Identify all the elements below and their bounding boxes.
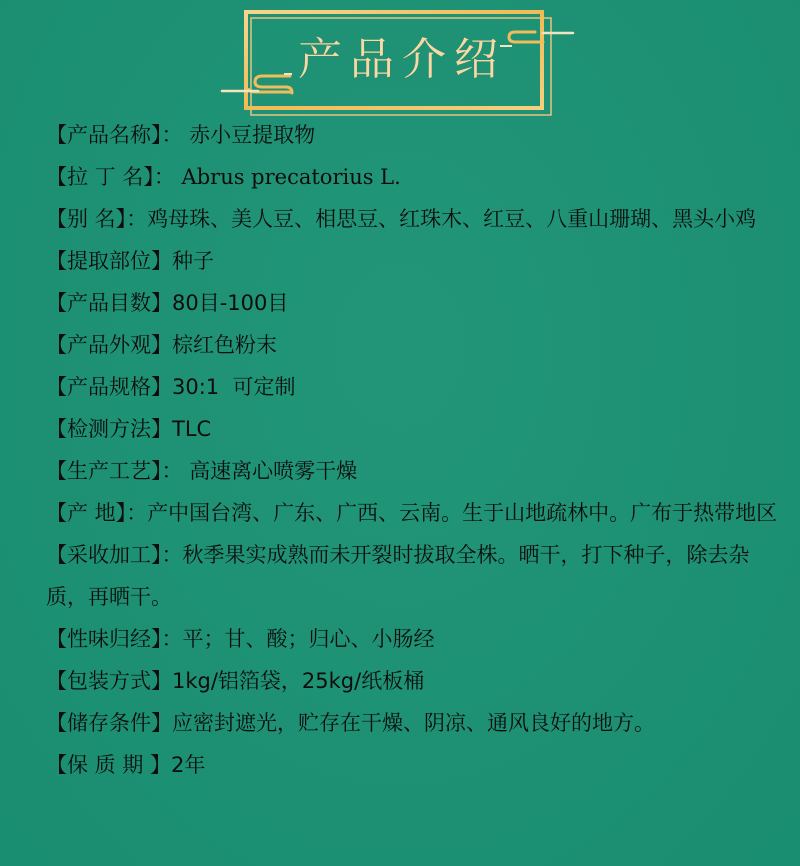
info-row-packaging: 【包装方式】1kg/铝箔袋，25kg/纸板桶 (46, 660, 786, 702)
info-separator: ： (162, 543, 183, 567)
info-label: 【拉 丁 名】 (46, 165, 154, 189)
info-value: 产中国台湾、广东、广西、云南。生于山地疏林中。广布于热带地区 (147, 501, 777, 525)
info-label: 【产品名称】 (46, 123, 162, 147)
info-label: 【包装方式】 (46, 669, 172, 693)
info-row-storage: 【储存条件】应密封遮光，贮存在干燥、阴凉、通风良好的地方。 (46, 702, 786, 744)
info-value: 鸡母珠、美人豆、相思豆、红珠木、红豆、八重山珊瑚、黑头小鸡 (147, 207, 756, 231)
info-row-mesh: 【产品目数】80目-100目 (46, 282, 786, 324)
info-row-appearance: 【产品外观】棕红色粉末 (46, 324, 786, 366)
product-info-list: 【产品名称】： 赤小豆提取物 【拉 丁 名】： Abrus precatoriu… (46, 114, 786, 786)
info-row-product-name: 【产品名称】： 赤小豆提取物 (46, 114, 786, 156)
info-row-alias: 【别 名】：鸡母珠、美人豆、相思豆、红珠木、红豆、八重山珊瑚、黑头小鸡 (46, 198, 786, 240)
info-row-test-method: 【检测方法】TLC (46, 408, 786, 450)
info-label: 【别 名】 (46, 207, 126, 231)
info-label: 【产品目数】 (46, 291, 172, 315)
info-value: 80目-100目 (172, 291, 288, 315)
info-row-harvest: 【采收加工】：秋季果实成熟而未开裂时拔取全株。晒干，打下种子，除去杂质，再晒干。 (46, 534, 786, 618)
info-label: 【提取部位】 (46, 249, 172, 273)
info-value: 应密封遮光，贮存在干燥、阴凉、通风良好的地方。 (172, 711, 655, 735)
info-value: 平；甘、酸；归心、小肠经 (183, 627, 435, 651)
info-value: 高速离心喷雾干燥 (189, 459, 357, 483)
info-separator: ： (162, 459, 183, 483)
info-row-shelf-life: 【保 质 期 】2年 (46, 744, 786, 786)
info-label: 【采收加工】 (46, 543, 162, 567)
title-banner: 产品介绍 (0, 0, 800, 122)
info-separator: ： (126, 501, 147, 525)
info-label: 【保 质 期 】 (46, 753, 171, 777)
info-value: TLC (172, 417, 211, 441)
info-separator: ： (162, 627, 183, 651)
info-row-specification: 【产品规格】30:1 可定制 (46, 366, 786, 408)
info-separator: ： (162, 123, 183, 147)
info-row-origin: 【产 地】：产中国台湾、广东、广西、云南。生于山地疏林中。广布于热带地区 (46, 492, 786, 534)
info-label: 【检测方法】 (46, 417, 172, 441)
info-row-extraction-part: 【提取部位】种子 (46, 240, 786, 282)
info-row-latin-name: 【拉 丁 名】： Abrus precatorius L. (46, 156, 786, 198)
info-value: 2年 (171, 753, 205, 777)
info-value: 种子 (172, 249, 214, 273)
info-label: 【产品规格】 (46, 375, 172, 399)
info-separator: ： (154, 165, 175, 189)
info-value: 30:1 可定制 (172, 375, 296, 399)
info-label: 【储存条件】 (46, 711, 172, 735)
info-row-nature: 【性味归经】：平；甘、酸；归心、小肠经 (46, 618, 786, 660)
info-value: 赤小豆提取物 (189, 123, 315, 147)
info-separator: ： (126, 207, 147, 231)
info-value: 1kg/铝箔袋，25kg/纸板桶 (172, 669, 424, 693)
info-value: 棕红色粉末 (172, 333, 277, 357)
info-label: 【产 地】 (46, 501, 126, 525)
page-title: 产品介绍 (292, 34, 512, 86)
info-label: 【性味归经】 (46, 627, 162, 651)
info-row-process: 【生产工艺】： 高速离心喷雾干燥 (46, 450, 786, 492)
info-label: 【产品外观】 (46, 333, 172, 357)
info-label: 【生产工艺】 (46, 459, 162, 483)
info-value: Abrus precatorius L. (182, 165, 401, 189)
